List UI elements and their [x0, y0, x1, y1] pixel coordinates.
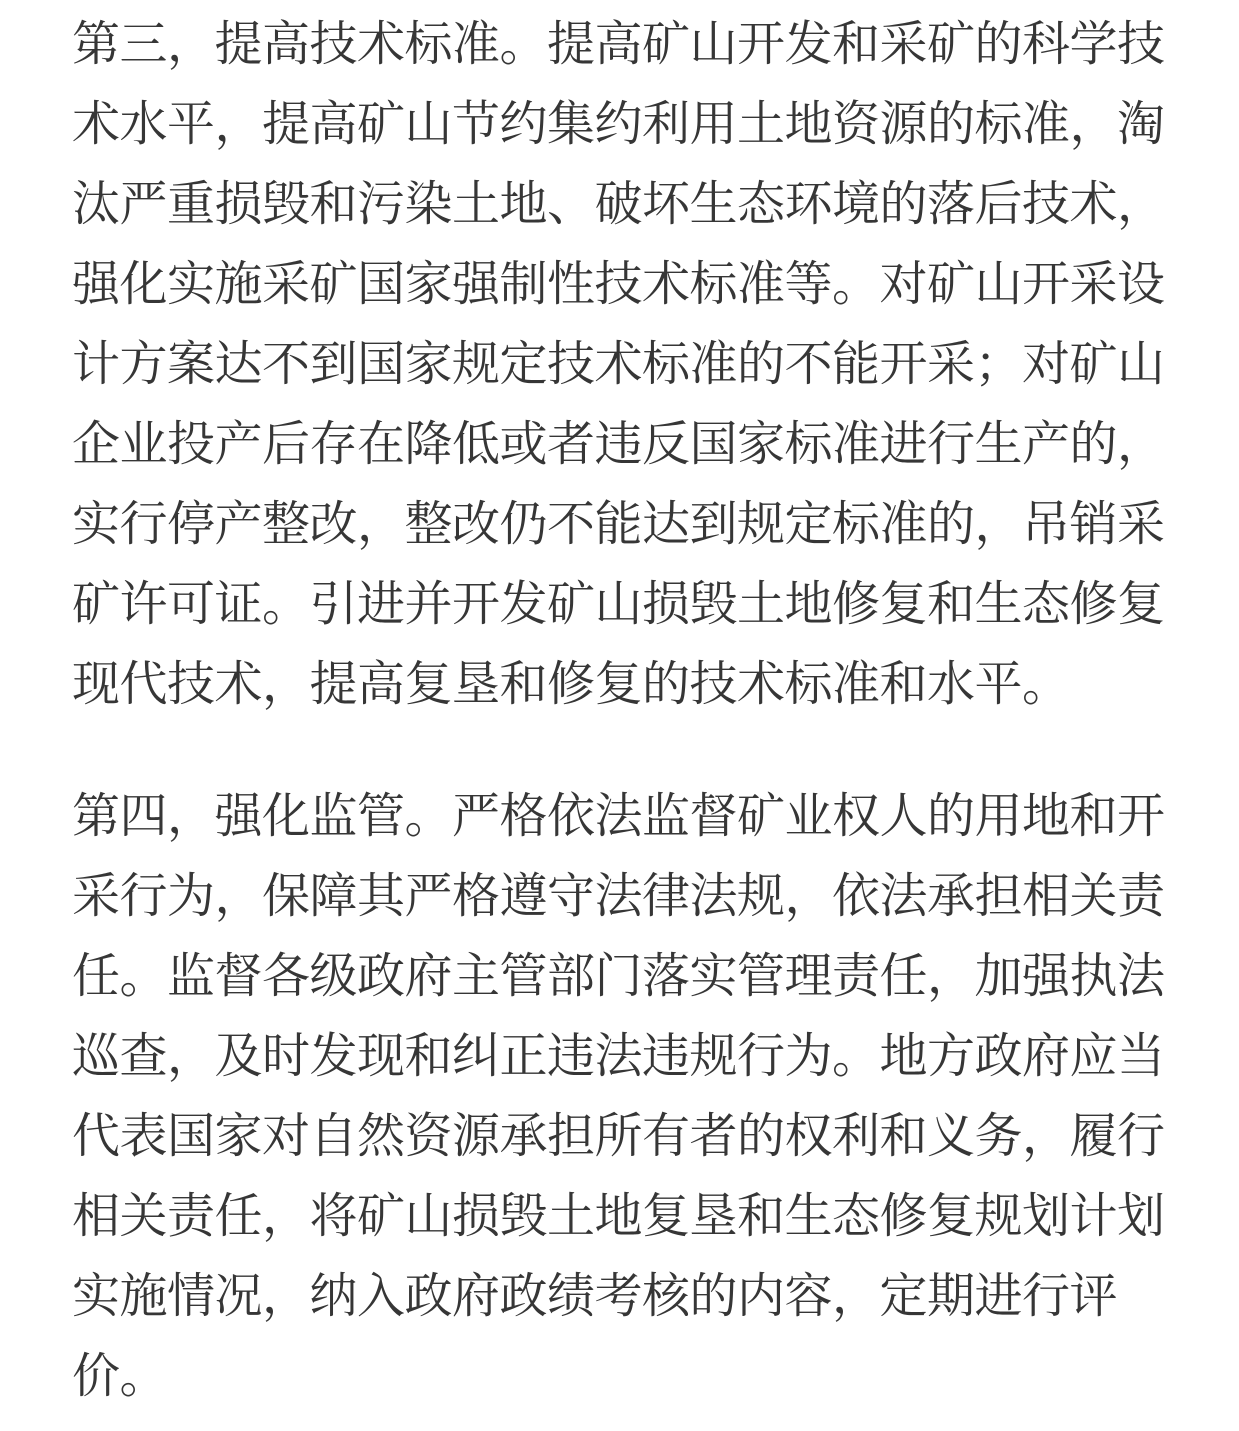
text-line: 代表国家对自然资源承担所有者的权利和义务，履行	[72, 1097, 1171, 1177]
document-body: 第三，提高技术标准。提高矿山开发和采矿的科学技术水平，提高矿山节约集约利用土地资…	[0, 0, 1239, 1417]
text-line: 企业投产后存在降低或者违反国家标准进行生产的，	[72, 405, 1171, 485]
text-line: 术水平，提高矿山节约集约利用土地资源的标准，淘	[72, 85, 1171, 165]
text-line: 相关责任，将矿山损毁土地复垦和生态修复规划计划	[72, 1177, 1171, 1257]
text-line: 第四，强化监管。严格依法监督矿业权人的用地和开	[72, 777, 1171, 857]
text-line: 矿许可证。引进并开发矿山损毁土地修复和生态修复	[72, 565, 1171, 645]
text-line: 实施情况，纳入政府政绩考核的内容，定期进行评	[72, 1257, 1171, 1337]
para-third-raise-technical-standards: 第三，提高技术标准。提高矿山开发和采矿的科学技术水平，提高矿山节约集约利用土地资…	[72, 5, 1171, 725]
text-line: 计方案达不到国家规定技术标准的不能开采；对矿山	[72, 325, 1171, 405]
text-line: 巡查，及时发现和纠正违法违规行为。地方政府应当	[72, 1017, 1171, 1097]
text-line: 实行停产整改，整改仍不能达到规定标准的，吊销采	[72, 485, 1171, 565]
text-line: 第三，提高技术标准。提高矿山开发和采矿的科学技	[72, 5, 1171, 85]
para-fourth-strengthen-supervision: 第四，强化监管。严格依法监督矿业权人的用地和开采行为，保障其严格遵守法律法规，依…	[72, 777, 1171, 1417]
text-line: 价。	[72, 1337, 1171, 1417]
text-line: 现代技术，提高复垦和修复的技术标准和水平。	[72, 645, 1171, 725]
text-line: 汰严重损毁和污染土地、破坏生态环境的落后技术，	[72, 165, 1171, 245]
text-line: 任。监督各级政府主管部门落实管理责任，加强执法	[72, 937, 1171, 1017]
text-line: 强化实施采矿国家强制性技术标准等。对矿山开采设	[72, 245, 1171, 325]
text-line: 采行为，保障其严格遵守法律法规，依法承担相关责	[72, 857, 1171, 937]
